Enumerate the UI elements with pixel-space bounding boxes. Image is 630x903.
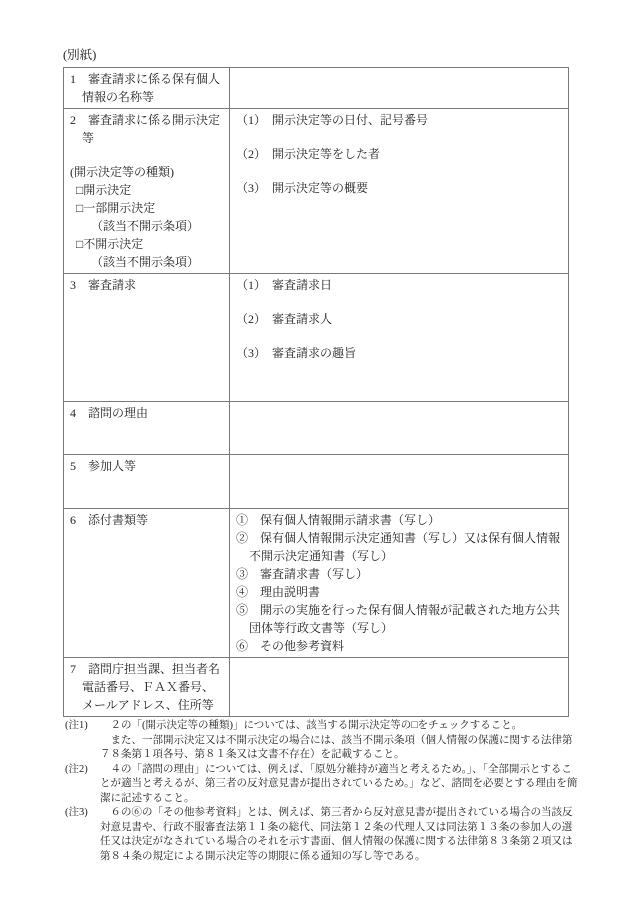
decision-type-heading: (開示決定等の種類) <box>70 163 226 181</box>
attached-doc-1: ① 保有個人情報開示請求書（写し） <box>236 511 565 529</box>
attachment-label: (別紙) <box>63 47 583 63</box>
row6-label: 6 添付書類等 <box>70 511 226 529</box>
option-partial-disclosure: □一部開示決定 <box>70 199 226 217</box>
row3-item-1: （1） 審査請求日 <box>236 276 565 294</box>
row3-item-3: （3） 審査請求の趣旨 <box>236 344 565 362</box>
footnote-2-label: (注2) <box>65 763 88 778</box>
footnote-1: (注1) ２の「(開示決定等の種類)」については、該当する開示決定等の□をチェッ… <box>63 719 578 763</box>
row7-value-cell <box>230 658 569 717</box>
row2-item-2: （2） 開示決定等をした者 <box>236 145 565 163</box>
option-full-disclosure: □開示決定 <box>70 181 226 199</box>
row-1-personal-info-name: 1 審査請求に係る保有個人 情報の名称等 <box>64 68 569 109</box>
attached-doc-4: ④ 理由説明書 <box>236 583 565 601</box>
row5-value-cell <box>230 455 569 509</box>
row7-label-line2: 電話番号、ＦＡＸ番号、 <box>70 678 226 696</box>
row2-label-cell: 2 審査請求に係る開示決定 等 (開示決定等の種類) □開示決定 □一部開示決定… <box>64 109 230 274</box>
row1-value-cell <box>230 68 569 109</box>
option-non-disclosure-note: （該当不開示条項） <box>70 253 226 271</box>
row3-label-cell: 3 審査請求 <box>64 274 230 402</box>
row6-value-cell: ① 保有個人情報開示請求書（写し） ② 保有個人情報開示決定通知書（写し）又は保… <box>230 509 569 658</box>
row3-value-cell: （1） 審査請求日 （2） 審査請求人 （3） 審査請求の趣旨 <box>230 274 569 402</box>
row1-label-cell: 1 審査請求に係る保有個人 情報の名称等 <box>64 68 230 109</box>
footnote-3: (注3) ６の⑥の「その他参考資料」とは、例えば、第三者から反対意見書が提出され… <box>63 806 578 864</box>
row-4-consultation-reason: 4 諮問の理由 <box>64 402 569 455</box>
footnote-1-paragraph-1: ２の「(開示決定等の種類)」については、該当する開示決定等の□をチェックすること… <box>100 719 578 734</box>
attached-doc-6: ⑥ その他参考資料 <box>236 637 565 655</box>
row2-item-3: （3） 開示決定等の概要 <box>236 179 565 197</box>
row5-label-cell: 5 参加人等 <box>64 455 230 509</box>
row2-item-1: （1） 開示決定等の日付、記号番号 <box>236 111 565 129</box>
option-non-disclosure-label: 不開示決定 <box>83 237 143 251</box>
row2-label-line2: 等 <box>70 129 226 147</box>
option-non-disclosure: □不開示決定 <box>70 235 226 253</box>
footnote-2: (注2) ４の「諮問の理由」については、例えば、「原処分維持が適当と考えるため。… <box>63 763 578 807</box>
attached-doc-2: ② 保有個人情報開示決定通知書（写し）又は保有個人情報不開示決定通知書（写し） <box>236 529 565 565</box>
footnotes: (注1) ２の「(開示決定等の種類)」については、該当する開示決定等の□をチェッ… <box>63 719 578 864</box>
option-partial-disclosure-note: （該当不開示条項） <box>70 217 226 235</box>
row4-label: 4 諮問の理由 <box>70 404 226 422</box>
row2-label-line1: 2 審査請求に係る開示決定 <box>70 111 226 129</box>
row6-label-cell: 6 添付書類等 <box>64 509 230 658</box>
attached-doc-5: ⑤ 開示の実施を行った保有個人情報が記載された地方公共団体等行政文書等（写し） <box>236 601 565 637</box>
footnote-3-paragraph-1: ６の⑥の「その他参考資料」とは、例えば、第三者から反対意見書が提出されている場合… <box>100 806 578 864</box>
option-full-disclosure-label: 開示決定 <box>83 183 131 197</box>
row7-label-line3: メールアドレス、住所等 <box>70 696 226 714</box>
row4-value-cell <box>230 402 569 455</box>
row1-label-line2: 情報の名称等 <box>70 88 226 106</box>
footnote-1-paragraph-2: また、一部開示決定又は不開示決定の場合には、該当不開示条項（個人情報の保護に関す… <box>100 734 578 763</box>
row3-item-2: （2） 審査請求人 <box>236 310 565 328</box>
footnote-1-label: (注1) <box>65 719 88 734</box>
row7-label-cell: 7 諮問庁担当課、担当者名 電話番号、ＦＡＸ番号、 メールアドレス、住所等 <box>64 658 230 717</box>
row3-label: 3 審査請求 <box>70 276 226 294</box>
row5-label: 5 参加人等 <box>70 457 226 475</box>
attached-doc-3: ③ 審査請求書（写し） <box>236 565 565 583</box>
footnote-3-label: (注3) <box>65 806 88 821</box>
row-5-participants: 5 参加人等 <box>64 455 569 509</box>
footnote-2-paragraph-1: ４の「諮問の理由」については、例えば、「原処分維持が適当と考えるため。」、「全部… <box>100 763 578 807</box>
document-page: (別紙) 1 審査請求に係る保有個人 情報の名称等 2 審査請求に係る開示決定 … <box>0 0 630 903</box>
row-3-review-request: 3 審査請求 （1） 審査請求日 （2） 審査請求人 （3） 審査請求の趣旨 <box>64 274 569 402</box>
row7-label-line1: 7 諮問庁担当課、担当者名 <box>70 660 226 678</box>
row4-label-cell: 4 諮問の理由 <box>64 402 230 455</box>
row-7-contact-info: 7 諮問庁担当課、担当者名 電話番号、ＦＡＸ番号、 メールアドレス、住所等 <box>64 658 569 717</box>
row-6-attached-documents: 6 添付書類等 ① 保有個人情報開示請求書（写し） ② 保有個人情報開示決定通知… <box>64 509 569 658</box>
row-2-disclosure-decision: 2 審査請求に係る開示決定 等 (開示決定等の種類) □開示決定 □一部開示決定… <box>64 109 569 274</box>
row1-label-line1: 1 審査請求に係る保有個人 <box>70 70 226 88</box>
row2-value-cell: （1） 開示決定等の日付、記号番号 （2） 開示決定等をした者 （3） 開示決定… <box>230 109 569 274</box>
option-partial-disclosure-label: 一部開示決定 <box>83 201 155 215</box>
review-request-table: 1 審査請求に係る保有個人 情報の名称等 2 審査請求に係る開示決定 等 (開示… <box>63 67 569 717</box>
